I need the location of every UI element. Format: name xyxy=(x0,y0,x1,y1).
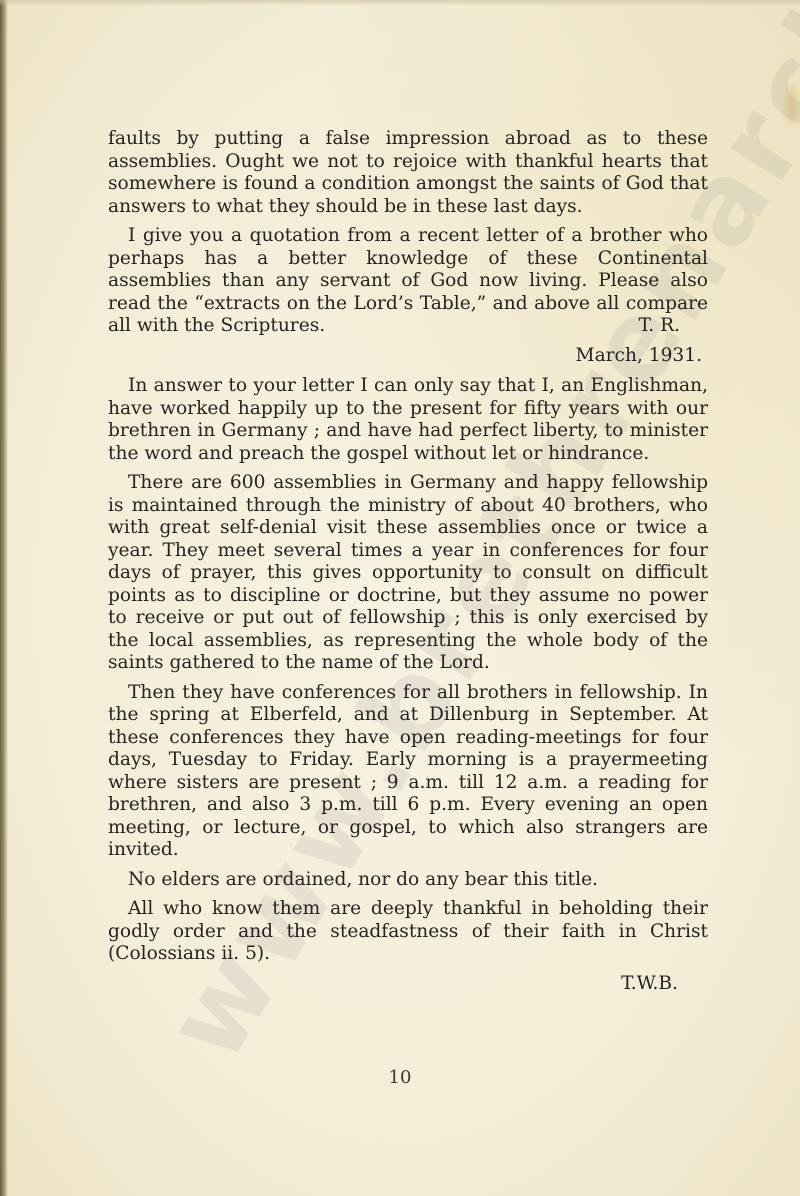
paragraph-conferences: Then they have conferences for all broth… xyxy=(108,682,708,862)
paper-stain xyxy=(785,85,799,125)
paragraph-letter-opening: In answer to your letter I can only say … xyxy=(108,375,708,465)
paragraph-quotation-intro: I give you a quotation from a recent let… xyxy=(108,225,708,338)
signature-twb: T.W.B. xyxy=(108,973,678,996)
paragraph-closing: All who know them are deeply thankful in… xyxy=(108,898,708,966)
paragraph-elders: No elders are ordained, nor do any bear … xyxy=(108,869,708,892)
paragraph-continuation: faults by putting a false impression abr… xyxy=(108,128,708,218)
letter-date: March, 1931. xyxy=(108,345,702,368)
signature-tr: T. R. xyxy=(619,315,680,338)
page-number: 10 xyxy=(0,1067,800,1088)
body-text: faults by putting a false impression abr… xyxy=(108,128,708,995)
page-top-edge xyxy=(0,0,800,6)
paragraph-assemblies: There are 600 assemblies in Germany and … xyxy=(108,472,708,675)
binding-edge xyxy=(0,0,8,1196)
scanned-page: www.brethrenarchive.org faults by puttin… xyxy=(0,0,800,1196)
